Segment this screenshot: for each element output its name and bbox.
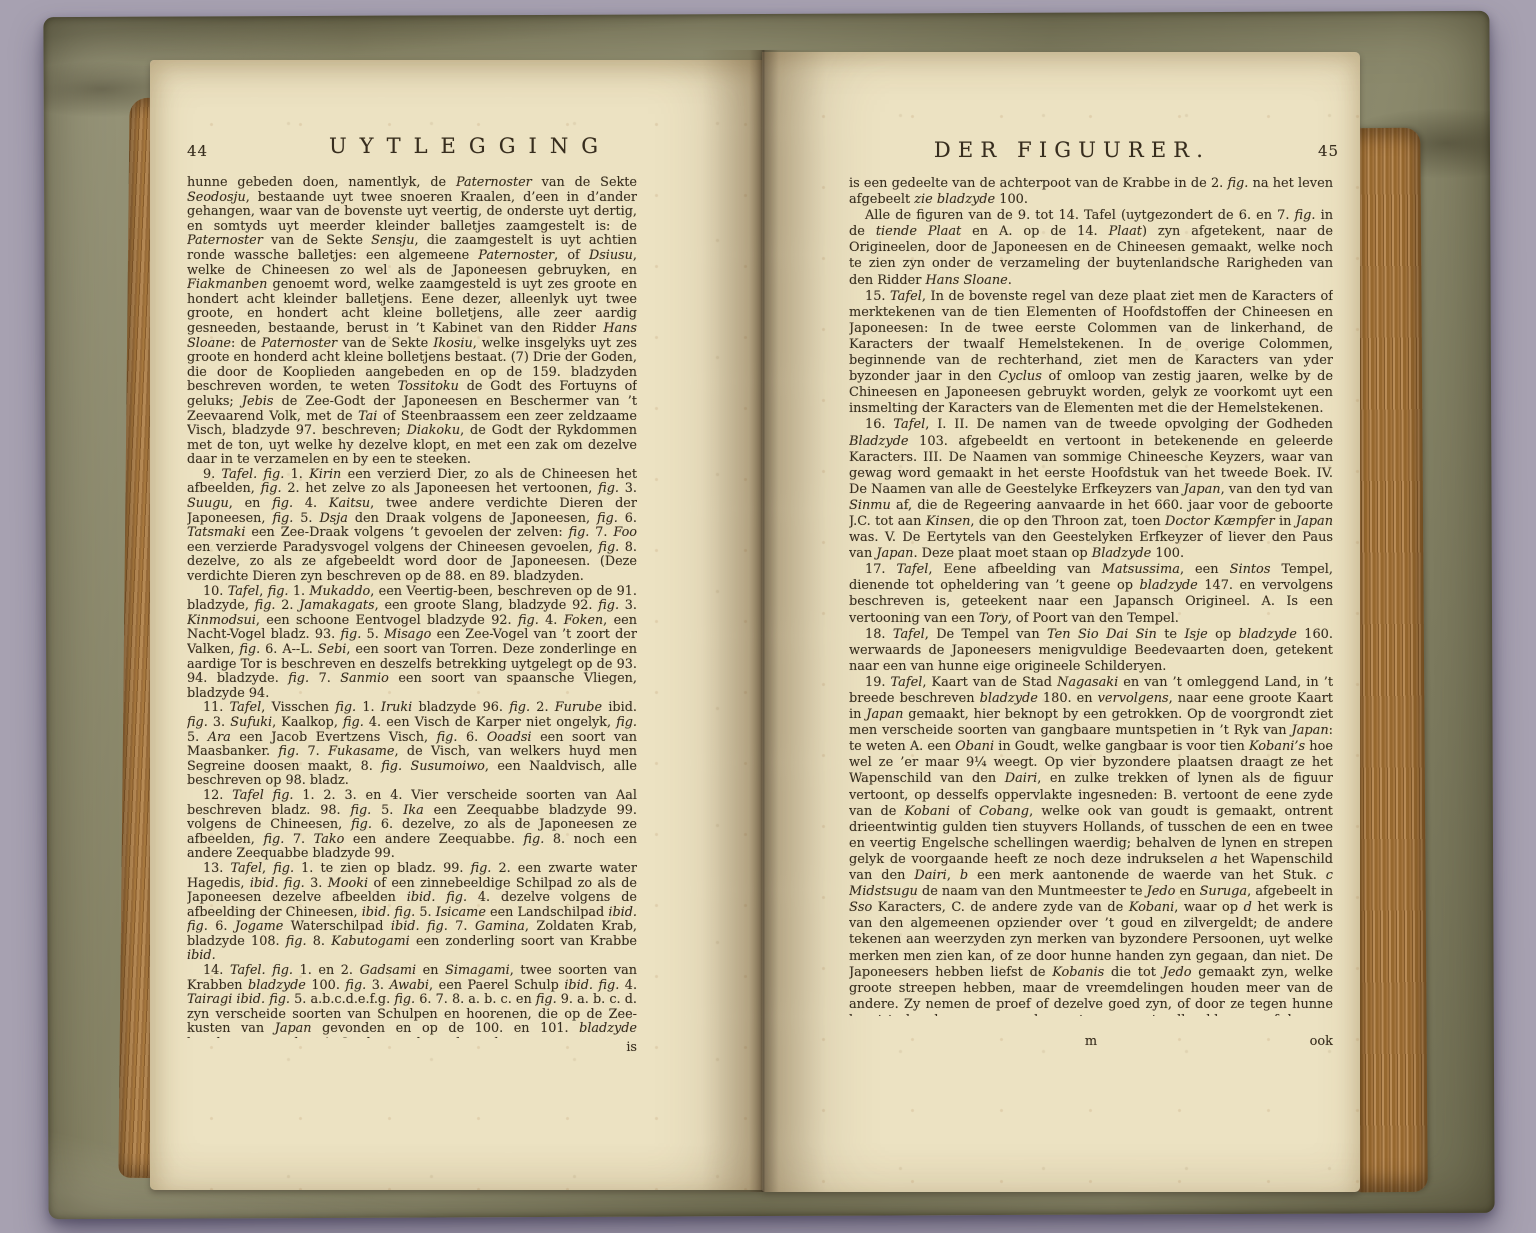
photograph-background: { "scene": { "background_color": "#a7a1b… bbox=[0, 0, 1536, 1233]
paragraph: 16. Tafel, I. II. De namen van de tweede… bbox=[849, 417, 1333, 562]
left-page: 44 UYTLEGGING hunne gebeden doen, nament… bbox=[150, 60, 762, 1190]
paragraph: 9. Tafel. fig. 1. Kirin een verzierd Die… bbox=[187, 468, 637, 585]
paragraph: 19. Tafel, Kaart van de Stad Nagasaki en… bbox=[849, 675, 1333, 1016]
signature-mark: m bbox=[849, 1034, 1333, 1049]
right-page-text: is een gedeelte van de achterpoot van de… bbox=[849, 176, 1333, 1016]
right-running-title: DER FIGUURER. bbox=[830, 138, 1314, 162]
right-page: DER FIGUURER. 45 is een gedeelte van de … bbox=[762, 52, 1360, 1192]
paragraph: hunne gebeden doen, namentlyk, de Patern… bbox=[187, 176, 637, 468]
left-page-number: 44 bbox=[187, 142, 208, 160]
right-page-number: 45 bbox=[1318, 142, 1339, 160]
paragraph: 18. Tafel, De Tempel van Ten Sio Dai Sin… bbox=[849, 627, 1333, 675]
paragraph: 17. Tafel, Eene afbeelding van Matsussim… bbox=[849, 562, 1333, 626]
right-page-footer: m ook bbox=[849, 1034, 1333, 1049]
paragraph: 14. Tafel. fig. 1. en 2. Gadsami en Sima… bbox=[187, 964, 637, 1038]
paragraph: 13. Tafel, fig. 1. te zien op bladz. 99.… bbox=[187, 862, 637, 964]
fore-edge-right bbox=[1348, 128, 1427, 1192]
left-page-text: hunne gebeden doen, namentlyk, de Patern… bbox=[187, 176, 637, 1038]
right-catchword: ook bbox=[1310, 1034, 1333, 1049]
paragraph: 10. Tafel, fig. 1. Mukaddo, een Veertig-… bbox=[187, 585, 637, 702]
paragraph: 15. Tafel, In de bovenste regel van deze… bbox=[849, 289, 1333, 418]
paragraph: 12. Tafel fig. 1. 2. 3. en 4. Vier versc… bbox=[187, 789, 637, 862]
paragraph: is een gedeelte van de achterpoot van de… bbox=[849, 176, 1333, 208]
paragraph: Alle de figuren van de 9. tot 14. Tafel … bbox=[849, 208, 1333, 288]
left-running-title: UYTLEGGING bbox=[245, 134, 695, 158]
left-catchword: is bbox=[187, 1040, 637, 1055]
paragraph: 11. Tafel, Visschen fig. 1. Iruki bladzy… bbox=[187, 701, 637, 789]
